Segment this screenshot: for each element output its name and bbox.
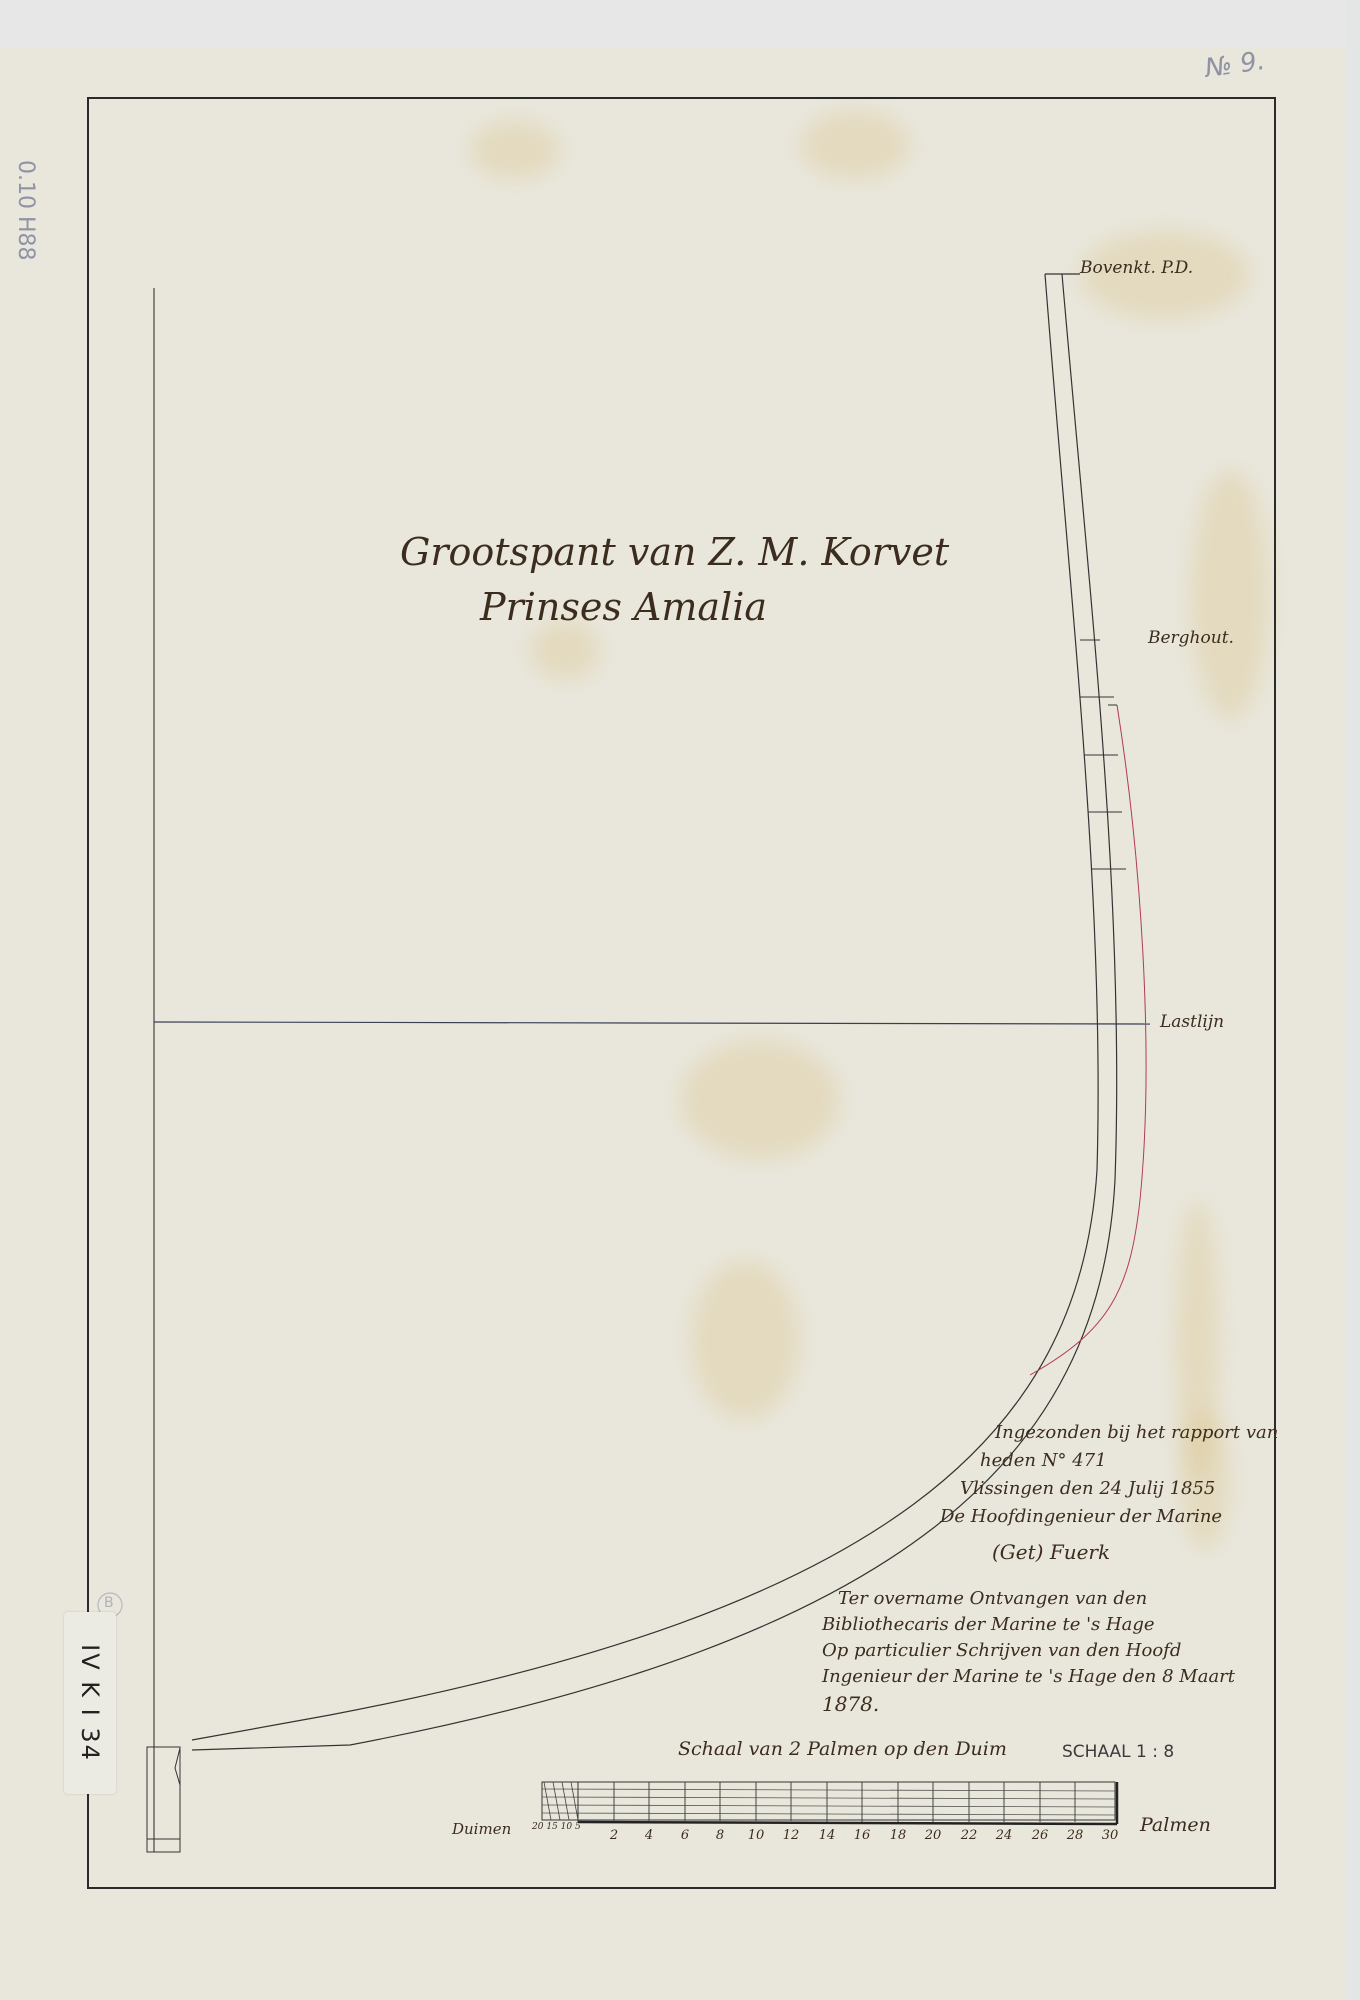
frame-outer-edge (192, 274, 1117, 1750)
label-bovenkant: Bovenkt. P.D. (1080, 258, 1193, 278)
catalog-label-text: IV K I 34 (76, 1644, 104, 1762)
circled-mark: B (104, 1595, 114, 1611)
scale-stamp: SCHAAL 1 : 8 (1062, 1742, 1174, 1762)
scale-bar (542, 1782, 1117, 1824)
waterline (154, 1022, 1150, 1024)
keel (147, 1747, 180, 1852)
catalog-label: IV K I 34 (64, 1612, 116, 1794)
title-line-1: Grootspant van Z. M. Korvet (400, 530, 949, 574)
label-lastlijn: Lastlijn (1160, 1012, 1224, 1032)
label-berghout: Berghout. (1148, 628, 1234, 648)
scale-duim-ticks: 20 15 10 5 (532, 1822, 581, 1832)
scale-right-unit: Palmen (1140, 1814, 1211, 1836)
scale-caption: Schaal van 2 Palmen op den Duim (678, 1738, 1007, 1760)
scale-left-unit: Duimen (452, 1820, 511, 1838)
frame-drawing (0, 0, 1360, 2000)
title-line-2: Prinses Amalia (480, 585, 767, 629)
inventory-pencil-mark: 0.10 H88 (13, 160, 38, 261)
